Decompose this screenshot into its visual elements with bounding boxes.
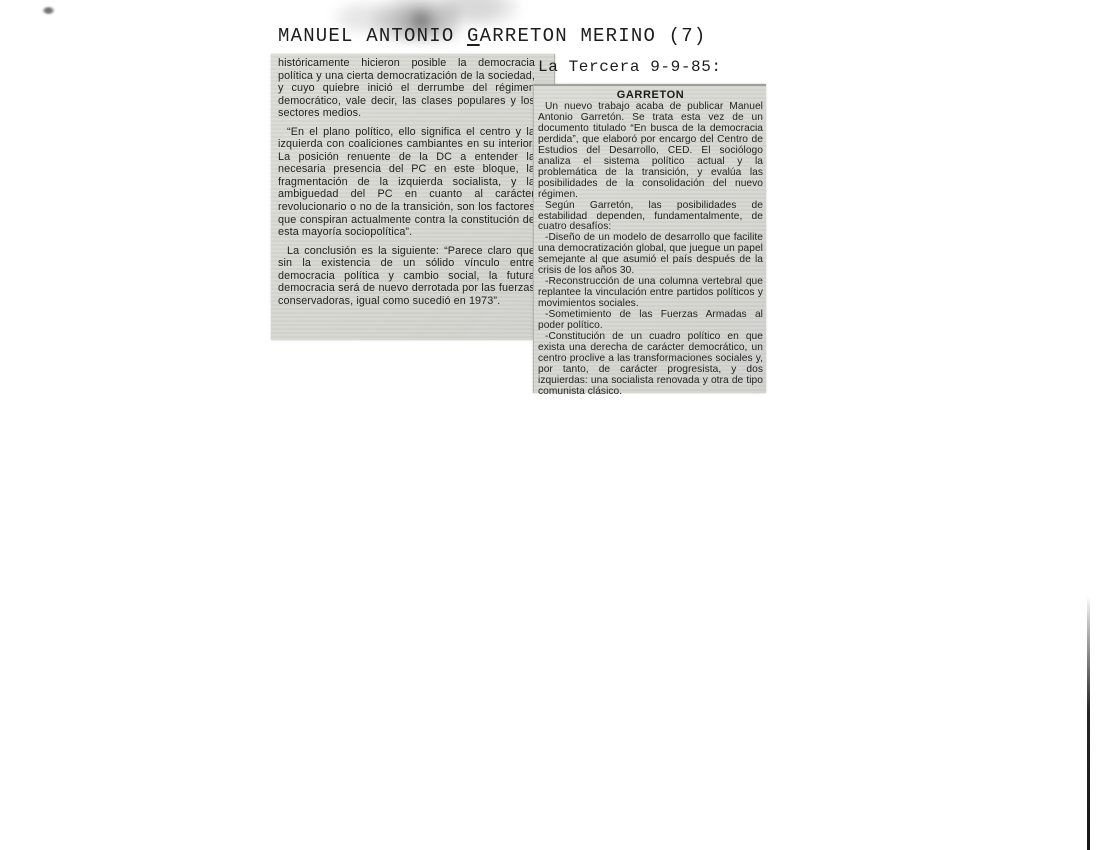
clipping-headline: GARRETON: [538, 89, 763, 101]
clipping-paragraph: La conclusión es la siguiente: “Parece c…: [278, 245, 535, 308]
scan-edge-line: [1087, 596, 1090, 850]
clipping-paragraph: -Diseño de un modelo de desarrollo que f…: [538, 233, 763, 277]
left-newspaper-clipping: históricamente hicieron posible la democ…: [271, 54, 555, 340]
source-heading: La Tercera 9-9-85:: [538, 58, 722, 76]
page-title-part1: MANUEL ANTONIO: [278, 25, 467, 47]
clipping-paragraph: históricamente hicieron posible la democ…: [278, 57, 535, 120]
clipping-paragraph: Según Garretón, las posibilidades de est…: [538, 201, 763, 234]
scan-speck-mark: [42, 6, 55, 15]
clipping-paragraph: -Reconstrucción de una columna vertebral…: [538, 277, 763, 310]
scanned-press-clippings-page: { "page": { "title_part1": "MANUEL ANTON…: [0, 0, 1100, 850]
right-newspaper-clipping: GARRETON Un nuevo trabajo acaba de publi…: [533, 84, 766, 393]
page-title-underlined-letter: G: [467, 25, 480, 47]
clipping-paragraph: -Constitución de un cuadro político en q…: [538, 332, 763, 398]
clipping-paragraph: Un nuevo trabajo acaba de publicar Manue…: [538, 102, 763, 201]
clipping-paragraph: -Sometimiento de las Fuerzas Armadas al …: [538, 310, 763, 332]
page-title-part2: ARRETON MERINO (7): [480, 25, 707, 47]
smudge-blob: [440, 0, 520, 28]
clipping-paragraph: “En el plano político, ello significa el…: [278, 126, 535, 239]
page-title: MANUEL ANTONIO GARRETON MERINO (7): [278, 25, 706, 47]
